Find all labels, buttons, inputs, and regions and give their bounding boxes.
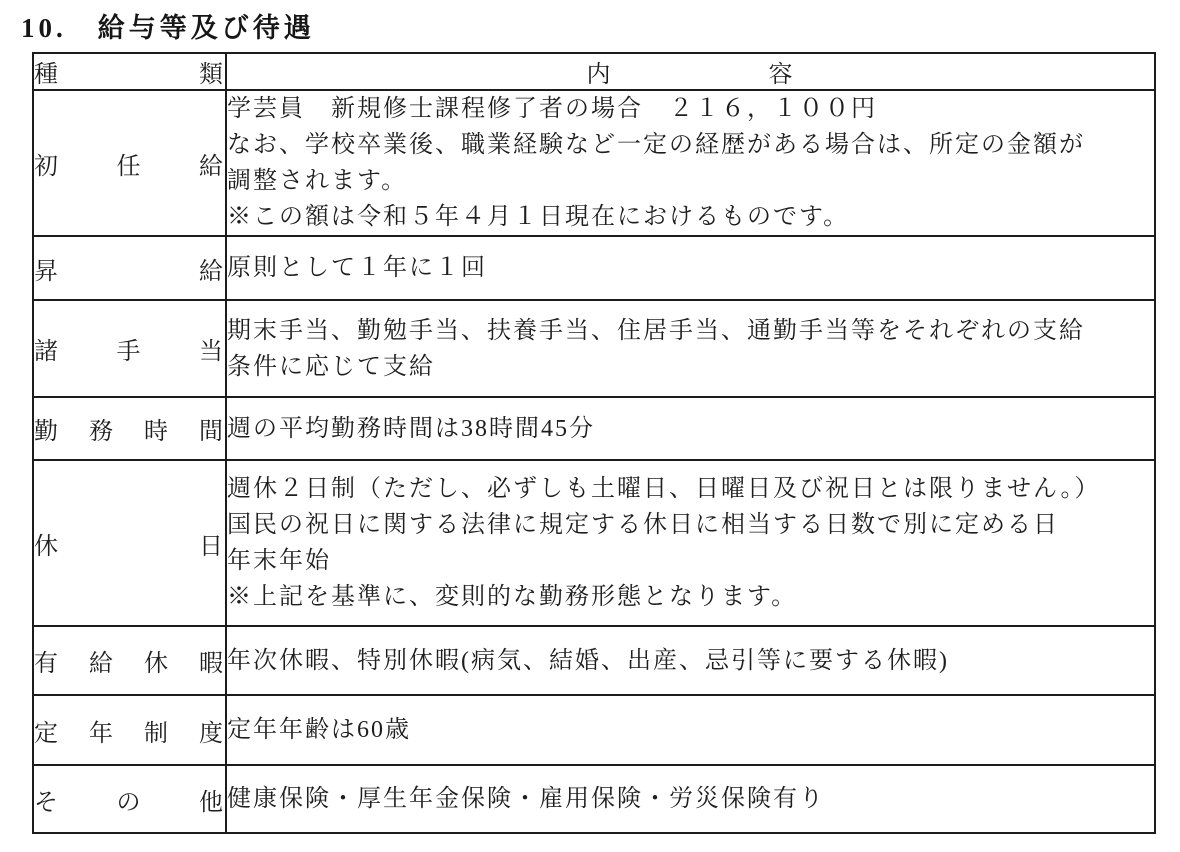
row-type-label: 休日 bbox=[33, 460, 226, 626]
table-row-raise: 昇給 原則として１年に１回 bbox=[33, 236, 1155, 300]
row-type-label: 有給休暇 bbox=[33, 626, 226, 695]
table-row-other: その他 健康保険・厚生年金保険・雇用保険・労災保険有り bbox=[33, 765, 1155, 833]
row-type-label: 勤務時間 bbox=[33, 397, 226, 460]
table-row-allowances: 諸手当 期末手当、勤勉手当、扶養手当、住居手当、通勤手当等をそれぞれの支給 条件… bbox=[33, 300, 1155, 397]
content-line: 期末手当、勤勉手当、扶養手当、住居手当、通勤手当等をそれぞれの支給 bbox=[227, 313, 1154, 349]
row-type-label: 昇給 bbox=[33, 236, 226, 300]
content-line: なお、学校卒業後、職業経験など一定の経歴がある場合は、所定の金額が bbox=[227, 127, 1154, 163]
row-content: 健康保険・厚生年金保険・雇用保険・労災保険有り bbox=[226, 765, 1155, 833]
row-content: 学芸員 新規修士課程修了者の場合 ２１６，１００円 なお、学校卒業後、職業経験な… bbox=[226, 90, 1155, 236]
content-line: 学芸員 新規修士課程修了者の場合 ２１６，１００円 bbox=[227, 91, 1154, 127]
table-row-working-hours: 勤務時間 週の平均勤務時間は38時間45分 bbox=[33, 397, 1155, 460]
row-content: 週の平均勤務時間は38時間45分 bbox=[226, 397, 1155, 460]
row-type-label: 定年制度 bbox=[33, 695, 226, 765]
table-header-row: 種類 内 容 bbox=[33, 53, 1155, 90]
row-type-label: その他 bbox=[33, 765, 226, 833]
table-row-holidays: 休日 週休２日制（ただし、必ずしも土曜日、日曜日及び祝日とは限りません。） 国民… bbox=[33, 460, 1155, 626]
table-row-paid-leave: 有給休暇 年次休暇、特別休暇(病気、結婚、出産、忌引等に要する休暇) bbox=[33, 626, 1155, 695]
row-content: 年次休暇、特別休暇(病気、結婚、出産、忌引等に要する休暇) bbox=[226, 626, 1155, 695]
content-line: 週の平均勤務時間は38時間45分 bbox=[227, 411, 1154, 447]
content-line: 調整されます。 bbox=[227, 163, 1154, 199]
content-line: 健康保険・厚生年金保険・雇用保険・労災保険有り bbox=[227, 781, 1154, 817]
content-line: 国民の祝日に関する法律に規定する休日に相当する日数で別に定める日 bbox=[227, 507, 1154, 543]
section-title: 10. 給与等及び待遇 bbox=[21, 6, 315, 45]
header-cell-content: 内 容 bbox=[226, 53, 1155, 90]
document-page: 10. 給与等及び待遇 種類 内 容 初任給 学芸員 新規修士課程修了者の場合 … bbox=[0, 0, 1180, 852]
row-content: 期末手当、勤勉手当、扶養手当、住居手当、通勤手当等をそれぞれの支給 条件に応じて… bbox=[226, 300, 1155, 397]
header-cell-type: 種類 bbox=[33, 53, 226, 90]
table-row-retirement: 定年制度 定年年齢は60歳 bbox=[33, 695, 1155, 765]
row-content: 原則として１年に１回 bbox=[226, 236, 1155, 300]
row-type-label: 初任給 bbox=[33, 90, 226, 236]
row-content: 週休２日制（ただし、必ずしも土曜日、日曜日及び祝日とは限りません。） 国民の祝日… bbox=[226, 460, 1155, 626]
content-line: 年次休暇、特別休暇(病気、結婚、出産、忌引等に要する休暇) bbox=[227, 643, 1154, 679]
row-type-label: 諸手当 bbox=[33, 300, 226, 397]
content-line: 週休２日制（ただし、必ずしも土曜日、日曜日及び祝日とは限りません。） bbox=[227, 471, 1154, 507]
content-line: 定年年齢は60歳 bbox=[227, 712, 1154, 748]
row-content: 定年年齢は60歳 bbox=[226, 695, 1155, 765]
content-line: 条件に応じて支給 bbox=[227, 349, 1154, 385]
content-line: 原則として１年に１回 bbox=[227, 250, 1154, 286]
table-row-starting-salary: 初任給 学芸員 新規修士課程修了者の場合 ２１６，１００円 なお、学校卒業後、職… bbox=[33, 90, 1155, 236]
content-line: ※この額は令和５年４月１日現在におけるものです。 bbox=[227, 199, 1154, 235]
content-line: 年末年始 bbox=[227, 543, 1154, 579]
salary-benefits-table: 種類 内 容 初任給 学芸員 新規修士課程修了者の場合 ２１６，１００円 なお、… bbox=[32, 52, 1156, 834]
content-line: ※上記を基準に、変則的な勤務形態となります。 bbox=[227, 579, 1154, 615]
